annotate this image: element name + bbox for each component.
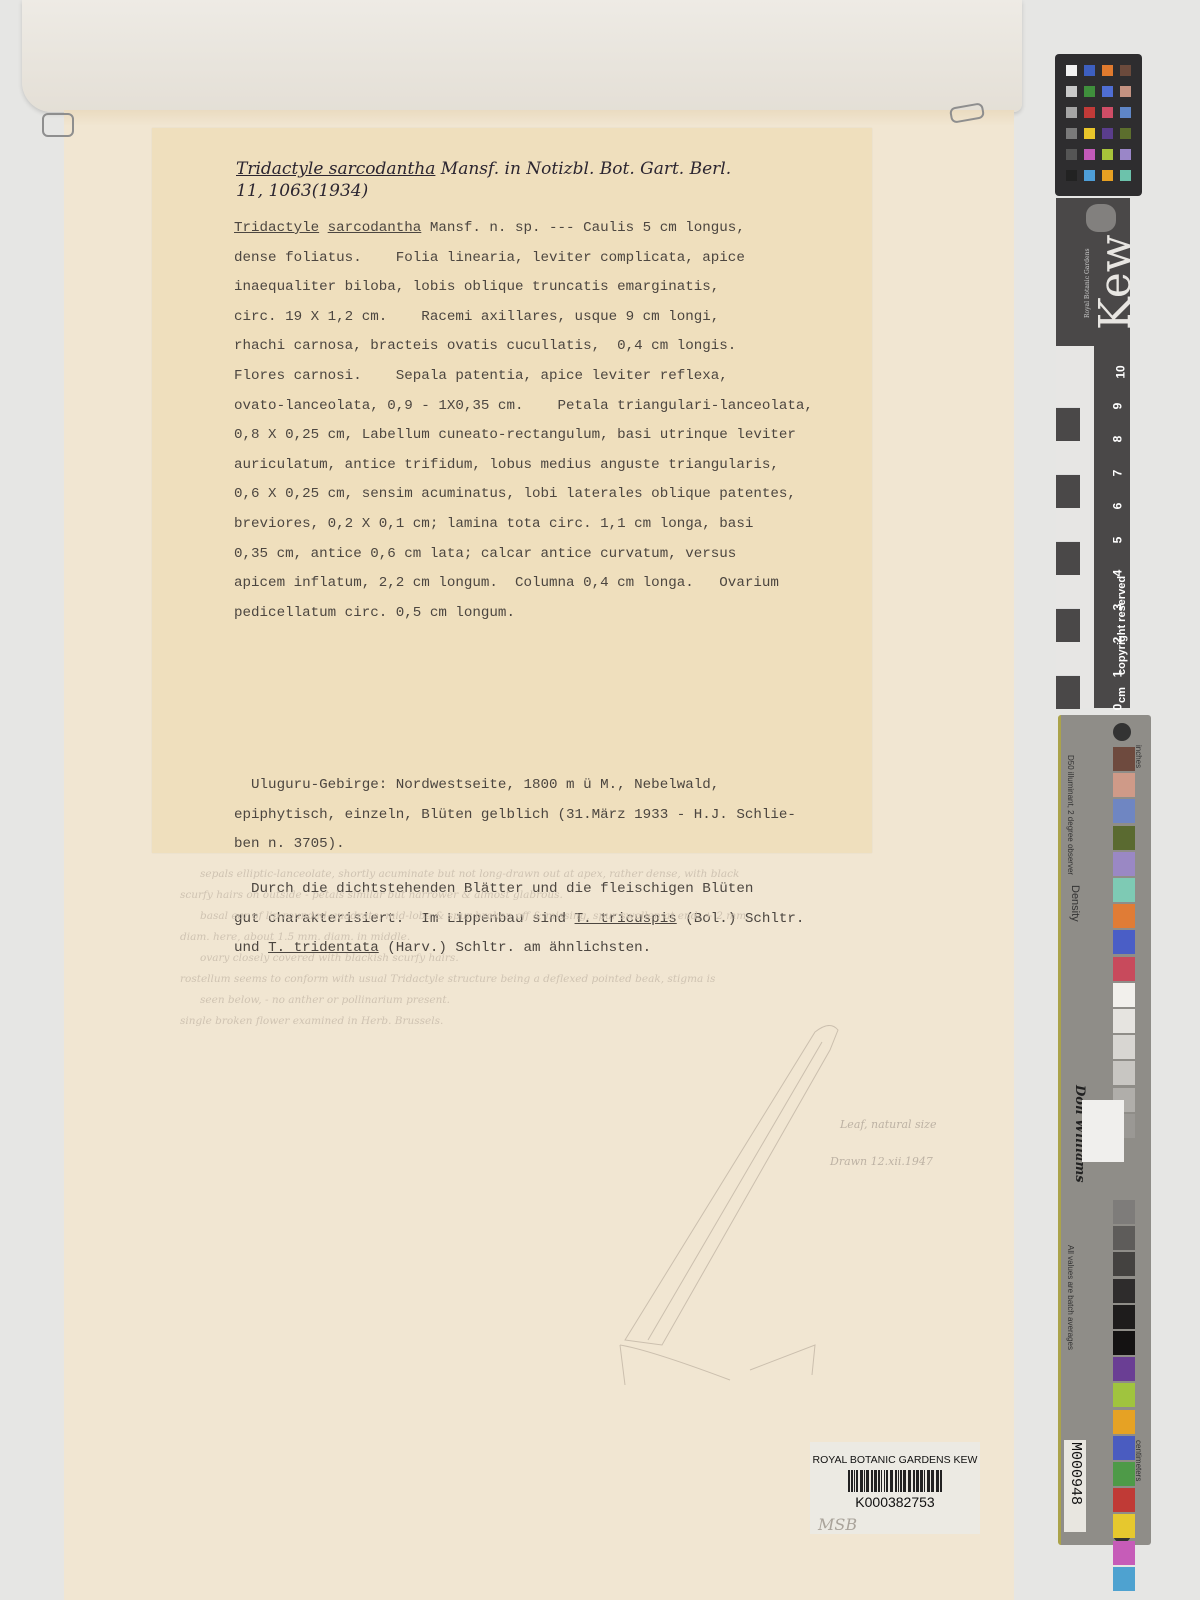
density-label: Density <box>1069 885 1081 922</box>
color-swatch <box>1102 86 1113 97</box>
description-line: dense foliatus. Folia linearia, leviter … <box>234 244 854 274</box>
color-swatch <box>1066 65 1077 76</box>
density-patch <box>1113 1009 1135 1033</box>
ruler-block <box>1056 541 1080 575</box>
color-swatch <box>1102 170 1113 181</box>
ruler-number: 10 <box>1114 365 1128 378</box>
density-patch <box>1113 1383 1135 1407</box>
color-calibration-card <box>1055 54 1142 196</box>
ruler-number: 6 <box>1110 503 1124 510</box>
species-description: Tridactyle sarcodantha Mansf. n. sp. ---… <box>234 214 854 628</box>
density-patch <box>1113 747 1135 771</box>
barcode-institution: ROYAL BOTANIC GARDENS KEW <box>810 1454 980 1466</box>
density-patch <box>1113 983 1135 1007</box>
density-patch <box>1113 1279 1135 1303</box>
ruler-number: 3 <box>1110 603 1124 610</box>
color-swatch <box>1084 128 1095 139</box>
description-line: 0,6 X 0,25 cm, sensim acuminatus, lobi l… <box>234 480 854 510</box>
ruler-number: 0 <box>1110 704 1124 711</box>
sheet-shadow <box>64 110 1014 126</box>
strip-id: M000948 <box>1064 1440 1086 1532</box>
color-swatch <box>1120 65 1131 76</box>
resolution-target <box>1082 1100 1124 1162</box>
ruler-number: 2 <box>1110 637 1124 644</box>
color-swatch <box>1084 65 1095 76</box>
description-line: auriculatum, antice trifidum, lobus medi… <box>234 451 854 481</box>
density-patch <box>1113 957 1135 981</box>
sketch-caption: Leaf, natural size <box>840 1118 937 1131</box>
description-line: ovato-lanceolata, 0,9 - 1X0,35 cm. Petal… <box>234 392 854 422</box>
citation-volume: 11, 1063(1934) <box>236 180 731 202</box>
color-swatch <box>1120 170 1131 181</box>
citation-species: Tridactyle sarcodantha <box>236 159 435 179</box>
locality-line: epiphytisch, einzeln, Blüten gelblich (3… <box>234 801 854 831</box>
color-swatch <box>1066 86 1077 97</box>
description-line: 0,35 cm, antice 0,6 cm lata; calcar anti… <box>234 540 854 570</box>
msb-mark: MSB <box>818 1515 857 1534</box>
paper-clip-left <box>42 113 74 137</box>
density-patch <box>1113 1226 1135 1250</box>
color-swatch <box>1066 128 1077 139</box>
density-patch <box>1113 1462 1135 1486</box>
description-line: apicem inflatum, 2,2 cm longum. Columna … <box>234 569 854 599</box>
color-swatch <box>1084 107 1095 118</box>
note-line: scurfy hairs on outside - petals similar… <box>180 885 1000 906</box>
density-patch <box>1113 930 1135 954</box>
density-patch <box>1113 1541 1135 1565</box>
description-line: breviores, 0,2 X 0,1 cm; lamina tota cir… <box>234 510 854 540</box>
note-line: rostellum seems to conform with usual Tr… <box>180 969 1000 990</box>
strip-hole-icon <box>1113 723 1131 741</box>
handwritten-citation: Tridactyle sarcodantha Mansf. in Notizbl… <box>236 158 731 202</box>
density-patch <box>1113 1061 1135 1085</box>
color-swatch <box>1066 170 1077 181</box>
note-line: sepals elliptic-lanceolate, shortly acum… <box>180 864 1000 885</box>
density-patch <box>1113 1488 1135 1512</box>
cm-ruler <box>1056 346 1094 708</box>
density-patch <box>1113 852 1135 876</box>
kew-scale-bar: Kew Royal Botanic Gardens copyright rese… <box>1056 198 1130 708</box>
folded-cover-sheet <box>22 0 1022 112</box>
color-swatch <box>1084 86 1095 97</box>
description-line: 0,8 X 0,25 cm, Labellum cuneato-rectangu… <box>234 421 854 451</box>
density-patch <box>1113 799 1135 823</box>
density-patch <box>1113 1331 1135 1355</box>
strip-id-text: M000948 <box>1067 1442 1084 1505</box>
description-line: Flores carnosi. Sepala patentia, apice l… <box>234 362 854 392</box>
color-swatch <box>1084 149 1095 160</box>
inches-label: inches <box>1134 745 1143 768</box>
color-swatch <box>1102 65 1113 76</box>
density-patch <box>1113 1410 1135 1434</box>
density-patch <box>1113 1514 1135 1538</box>
description-line: pedicellatum circ. 0,5 cm longum. <box>234 599 854 629</box>
description-line: rhachi carnosa, bracteis ovatis cucullat… <box>234 332 854 362</box>
ruler-number: 7 <box>1110 469 1124 476</box>
kew-subtitle: Royal Botanic Gardens <box>1084 248 1091 318</box>
density-patch <box>1113 1252 1135 1276</box>
barcode-icon <box>848 1470 944 1492</box>
centimeters-label: centimeters <box>1134 1440 1143 1481</box>
ruler-block <box>1056 608 1080 642</box>
kew-logo: Kew <box>1090 235 1141 330</box>
color-swatch <box>1102 149 1113 160</box>
color-swatch <box>1102 107 1113 118</box>
ruler-block <box>1056 675 1080 709</box>
description-line: Tridactyle sarcodantha Mansf. n. sp. ---… <box>234 214 854 244</box>
ruler-number: 9 <box>1110 402 1124 409</box>
ruler-number: 5 <box>1110 536 1124 543</box>
ruler-number: 8 <box>1110 436 1124 443</box>
density-patch <box>1113 1200 1135 1224</box>
note-line: ovary closely covered with blackish scur… <box>180 948 1000 969</box>
leaf-sketch <box>590 1000 860 1390</box>
color-swatch <box>1102 128 1113 139</box>
density-patch <box>1113 1305 1135 1329</box>
color-swatch <box>1120 149 1131 160</box>
density-patch <box>1113 826 1135 850</box>
ruler-number: 1 <box>1110 670 1124 677</box>
ruler-block <box>1056 407 1080 441</box>
density-patch <box>1113 904 1135 928</box>
density-patch <box>1113 773 1135 797</box>
description-line: circ. 19 X 1,2 cm. Racemi axillares, usq… <box>234 303 854 333</box>
density-patch <box>1113 1436 1135 1460</box>
kew-crest-icon <box>1086 204 1116 232</box>
locality-line: ben n. 3705). <box>234 830 854 860</box>
color-swatch <box>1120 107 1131 118</box>
drawn-date-note: Drawn 12.xii.1947 <box>830 1155 933 1168</box>
locality-paragraph: Uluguru-Gebirge: Nordwestseite, 1800 m ü… <box>234 771 854 860</box>
locality-line: Uluguru-Gebirge: Nordwestseite, 1800 m ü… <box>234 771 854 801</box>
density-patch <box>1113 878 1135 902</box>
ruler-block <box>1056 474 1080 508</box>
color-swatch <box>1120 86 1131 97</box>
note-line: diam. here, about 1.5 mm. diam. in middl… <box>180 927 1000 948</box>
density-patch <box>1113 1357 1135 1381</box>
color-swatch <box>1120 128 1131 139</box>
description-line: inaequaliter biloba, lobis oblique trunc… <box>234 273 854 303</box>
color-swatch <box>1066 107 1077 118</box>
copyright-text: copyright reserved <box>1116 576 1128 675</box>
color-swatch <box>1084 170 1095 181</box>
barcode-number: K000382753 <box>810 1494 980 1510</box>
note-line: basal ear of lip rounded-quadrate, mid-l… <box>180 906 1000 927</box>
typed-description-label: Tridactyle sarcodantha Mansf. in Notizbl… <box>152 128 872 853</box>
color-swatch <box>1066 149 1077 160</box>
illuminant-note: D50 illuminant, 2 degree observer <box>1066 755 1075 875</box>
batch-note: All values are batch averages <box>1066 1245 1075 1350</box>
ruler-number: 4 <box>1110 570 1124 577</box>
unit-label: cm <box>1116 687 1128 703</box>
citation-publication: Mansf. in Notizbl. Bot. Gart. Berl. <box>435 159 731 179</box>
density-patch <box>1113 1035 1135 1059</box>
density-patch <box>1113 1567 1135 1591</box>
